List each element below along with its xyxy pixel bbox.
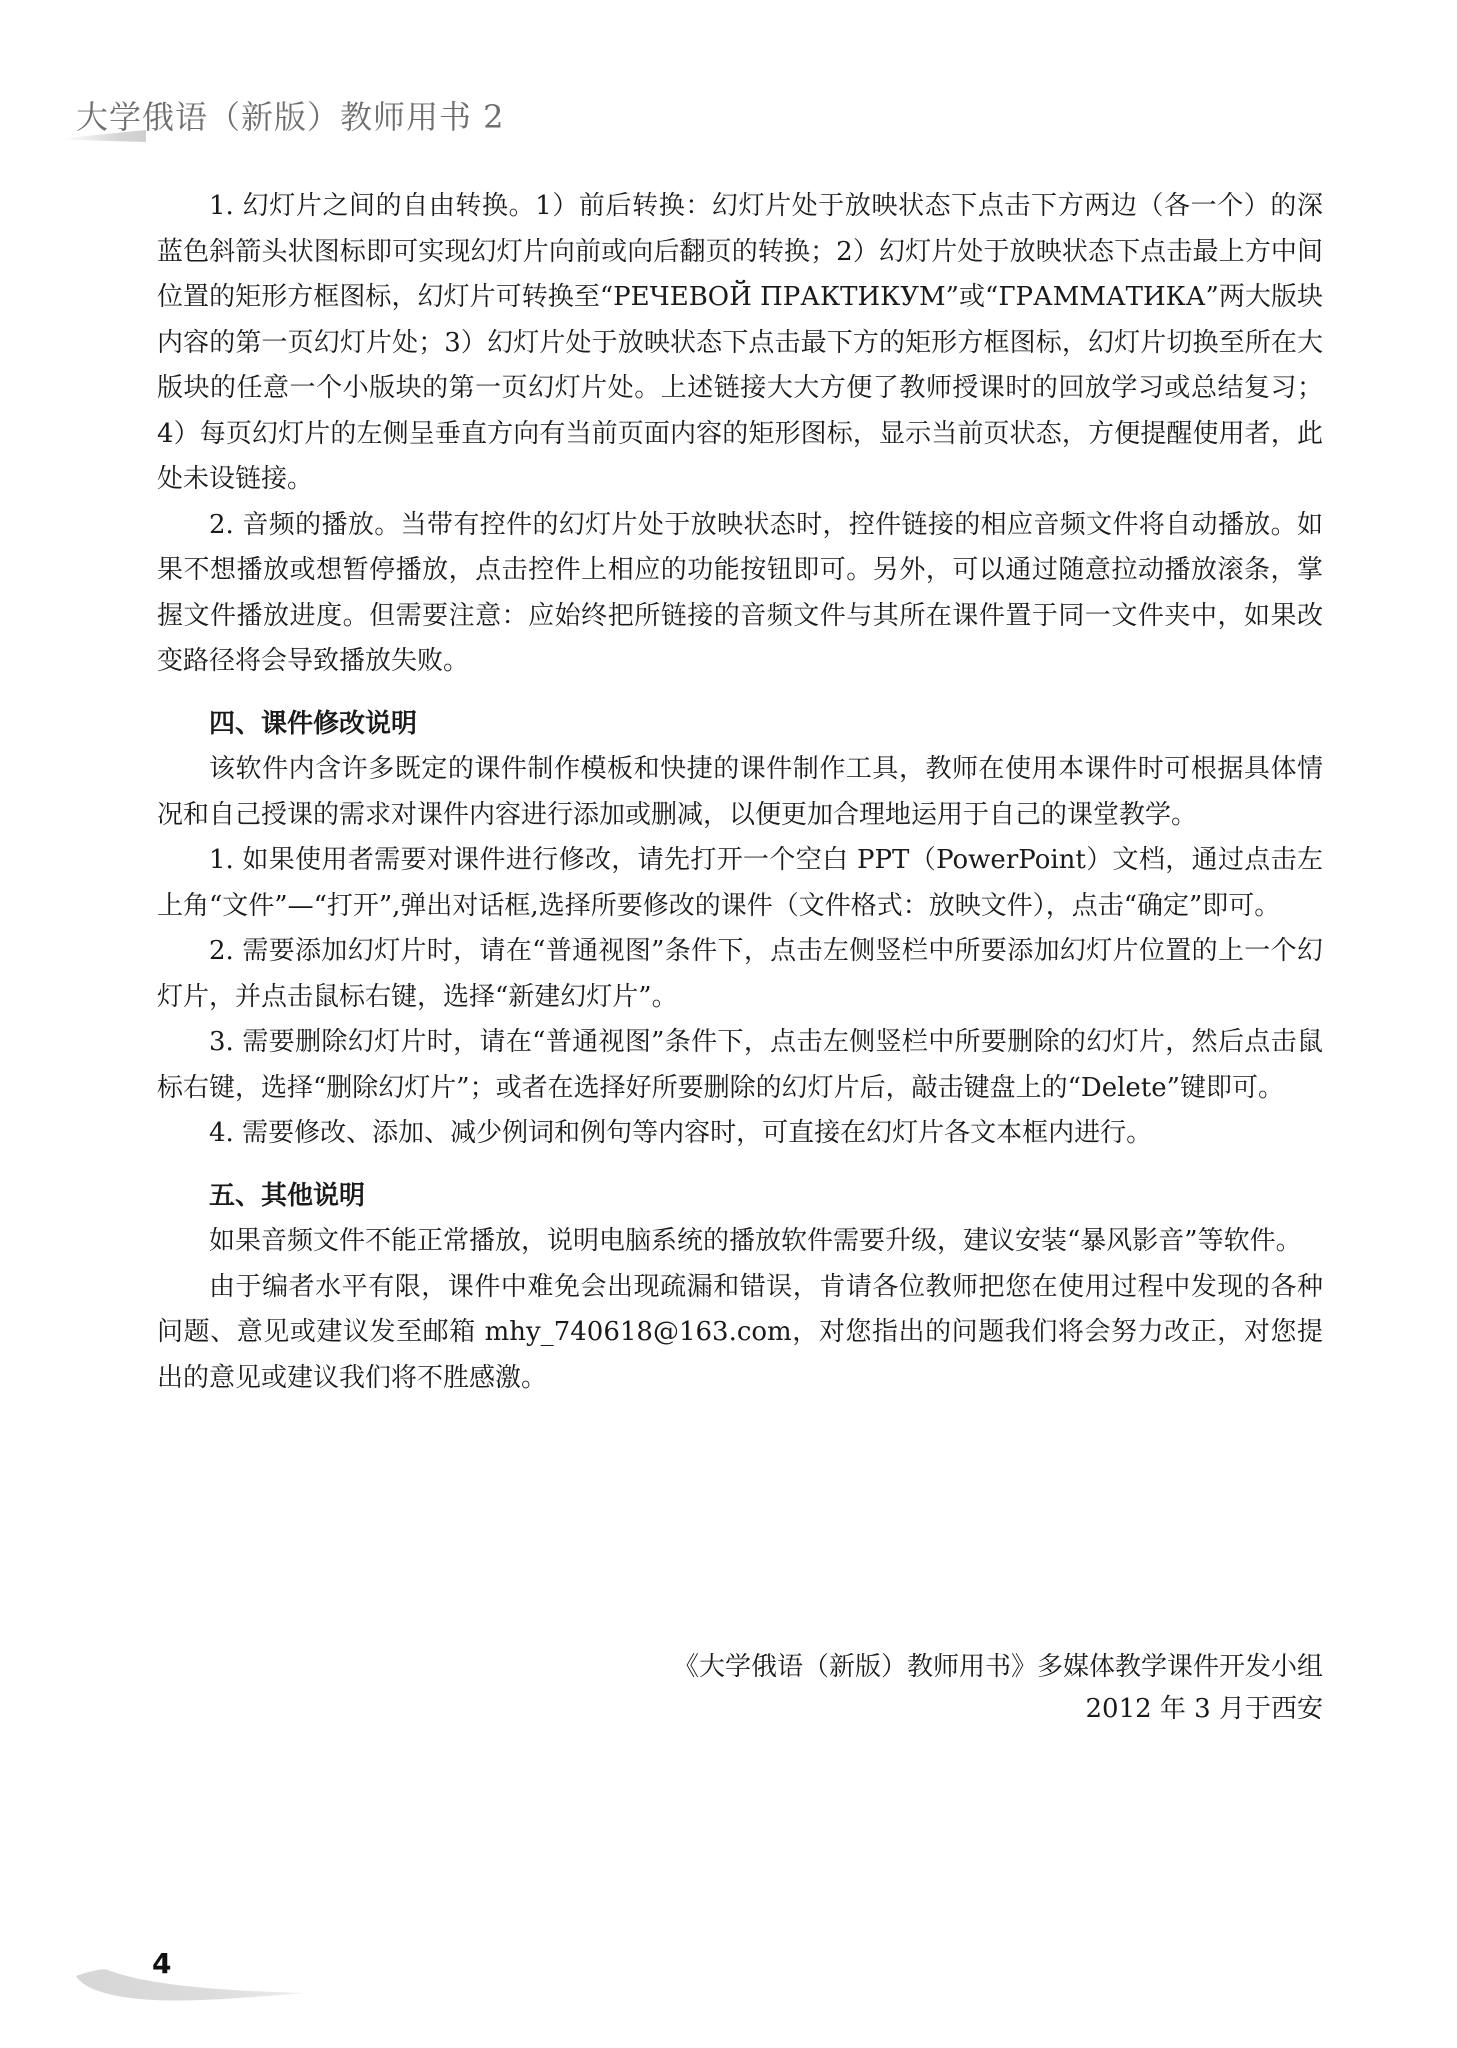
paragraph-modification-intro: 该软件内含许多既定的课件制作模板和快捷的课件制作工具，教师在使用本课件时可根据具…: [157, 747, 1323, 838]
list-item-open-file: 1. 如果使用者需要对课件进行修改，请先打开一个空白 PPT（PowerPoin…: [157, 838, 1323, 929]
footer-swoosh-decoration: [74, 1968, 304, 2006]
signature-block: 《大学俄语（新版）教师用书》多媒体教学课件开发小组 2012 年 3 月于西安: [673, 1646, 1323, 1730]
paragraph-slide-navigation: 1. 幻灯片之间的自由转换。1）前后转换：幻灯片处于放映状态下点击下方两边（各一…: [157, 184, 1323, 503]
signature-date-place: 2012 年 3 月于西安: [673, 1688, 1323, 1730]
section-heading-other-notes: 五、其他说明: [157, 1174, 1323, 1220]
paragraph-audio-software: 如果音频文件不能正常播放，说明电脑系统的播放软件需要升级，建议安装“暴风影音”等…: [157, 1219, 1323, 1265]
list-item-delete-slide: 3. 需要删除幻灯片时，请在“普通视图”条件下，点击左侧竖栏中所要删除的幻灯片，…: [157, 1020, 1323, 1111]
paragraph-feedback-contact: 由于编者水平有限，课件中难免会出现疏漏和错误，肯请各位教师把您在使用过程中发现的…: [157, 1265, 1323, 1402]
section-heading-courseware-modification: 四、课件修改说明: [157, 702, 1323, 748]
list-item-edit-text: 4. 需要修改、添加、减少例词和例句等内容时，可直接在幻灯片各文本框内进行。: [157, 1111, 1323, 1157]
paragraph-audio-playback: 2. 音频的播放。当带有控件的幻灯片处于放映状态时，控件链接的相应音频文件将自动…: [157, 503, 1323, 685]
signature-group: 《大学俄语（新版）教师用书》多媒体教学课件开发小组: [673, 1646, 1323, 1688]
page-body: 1. 幻灯片之间的自由转换。1）前后转换：幻灯片处于放映状态下点击下方两边（各一…: [157, 184, 1323, 1401]
list-item-add-slide: 2. 需要添加幻灯片时，请在“普通视图”条件下，点击左侧竖栏中所要添加幻灯片位置…: [157, 929, 1323, 1020]
